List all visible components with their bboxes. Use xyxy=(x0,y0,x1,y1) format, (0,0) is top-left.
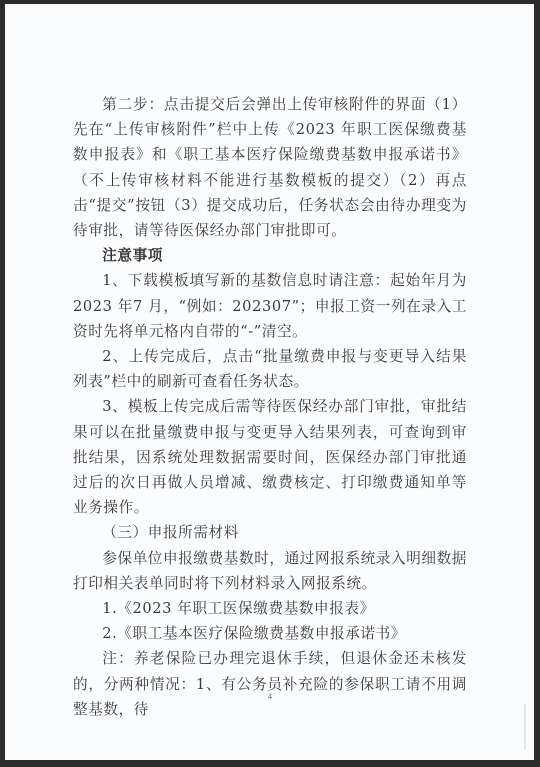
list-item-material-2: 2.《职工基本医疗保险缴费基数申报承诺书》 xyxy=(73,621,467,646)
scan-edge-shadow xyxy=(524,704,526,750)
document-body: 第二步：点击提交后会弹出上传审核附件的界面（1）先在“上传审核附件”栏中上传《2… xyxy=(73,92,467,722)
paragraph-note-2: 2、上传完成后，点击“批量缴费申报与变更导入结果列表”栏中的刷新可查看任务状态。 xyxy=(73,344,467,394)
page-number: 4 xyxy=(268,692,272,701)
subheading-required-materials: （三）申报所需材料 xyxy=(73,520,467,545)
paragraph-step-two: 第二步：点击提交后会弹出上传审核附件的界面（1）先在“上传审核附件”栏中上传《2… xyxy=(73,92,467,243)
paragraph-remark: 注：养老保险已办理完退休手续，但退休金还未核发的，分两种情况：1、有公务员补充险… xyxy=(73,646,467,722)
document-page: 第二步：点击提交后会弹出上传审核附件的界面（1）先在“上传审核附件”栏中上传《2… xyxy=(5,4,534,760)
paragraph-note-1: 1、下载模板填写新的基数信息时请注意：起始年月为 2023 年7 月，“例如：2… xyxy=(73,268,467,344)
heading-notes: 注意事项 xyxy=(73,243,467,268)
paragraph-materials-intro: 参保单位申报缴费基数时，通过网报系统录入明细数据打印相关表单同时将下列材料录入网… xyxy=(73,546,467,596)
paragraph-note-3: 3、模板上传完成后需等待医保经办部门审批，审批结果可以在批量缴费申报与变更导入结… xyxy=(73,394,467,520)
list-item-material-1: 1.《2023 年职工医保缴费基数申报表》 xyxy=(73,596,467,621)
